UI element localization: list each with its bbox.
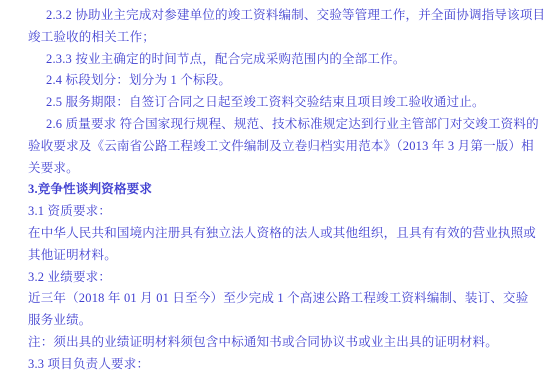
- doc-line-clause-3-2: 3.2 业绩要求：: [28, 267, 530, 289]
- doc-line-clause-3-2-body: 近三年（2018 年 01 月 01 日至今）至少完成 1 个高速公路工程竣工资…: [28, 288, 530, 310]
- doc-line-clause-3-3: 3.3 项目负责人要求：: [28, 354, 530, 376]
- doc-line-clause-2-6: 2.6 质量要求 符合国家现行规程、规范、技术标准规定达到行业主管部门对交竣工资…: [28, 114, 530, 136]
- doc-line-clause-2-4: 2.4 标段划分：划分为 1 个标段。: [28, 70, 530, 92]
- doc-line-clause-2-6-cont1: 验收要求及《云南省公路工程竣工文件编制及立卷归档实用范本》（2013 年 3 月…: [28, 136, 530, 158]
- doc-line-clause-2-3-3: 2.3.3 按业主确定的时间节点，配合完成采购范围内的全部工作。: [28, 49, 530, 71]
- doc-line-clause-3-2-note: 注：须出具的业绩证明材料须包含中标通知书或合同协议书或业主出具的证明材料。: [28, 332, 530, 354]
- doc-line-clause-2-5: 2.5 服务期限：自签订合同之日起至竣工资料交验结束且项目竣工验收通过止。: [28, 92, 530, 114]
- document-page: 2.3.2 协助业主完成对参建单位的竣工资料编制、交验等管理工作，并全面协调指导…: [0, 0, 554, 388]
- doc-line-clause-2-6-cont2: 关要求。: [28, 158, 530, 180]
- doc-line-clause-3-1-body: 在中华人民共和国境内注册具有独立法人资格的法人或其他组织，且具有有效的营业执照或: [28, 223, 530, 245]
- doc-line-clause-2-3-2-cont: 竣工验收的相关工作；: [28, 27, 530, 49]
- doc-line-clause-3-2-body2: 服务业绩。: [28, 310, 530, 332]
- doc-line-clause-2-3-2: 2.3.2 协助业主完成对参建单位的竣工资料编制、交验等管理工作，并全面协调指导…: [28, 5, 530, 27]
- doc-line-clause-3-1: 3.1 资质要求：: [28, 201, 530, 223]
- doc-line-clause-3-1-body2: 其他证明材料。: [28, 245, 530, 267]
- doc-heading-section-3: 3.竞争性谈判资格要求: [28, 179, 530, 201]
